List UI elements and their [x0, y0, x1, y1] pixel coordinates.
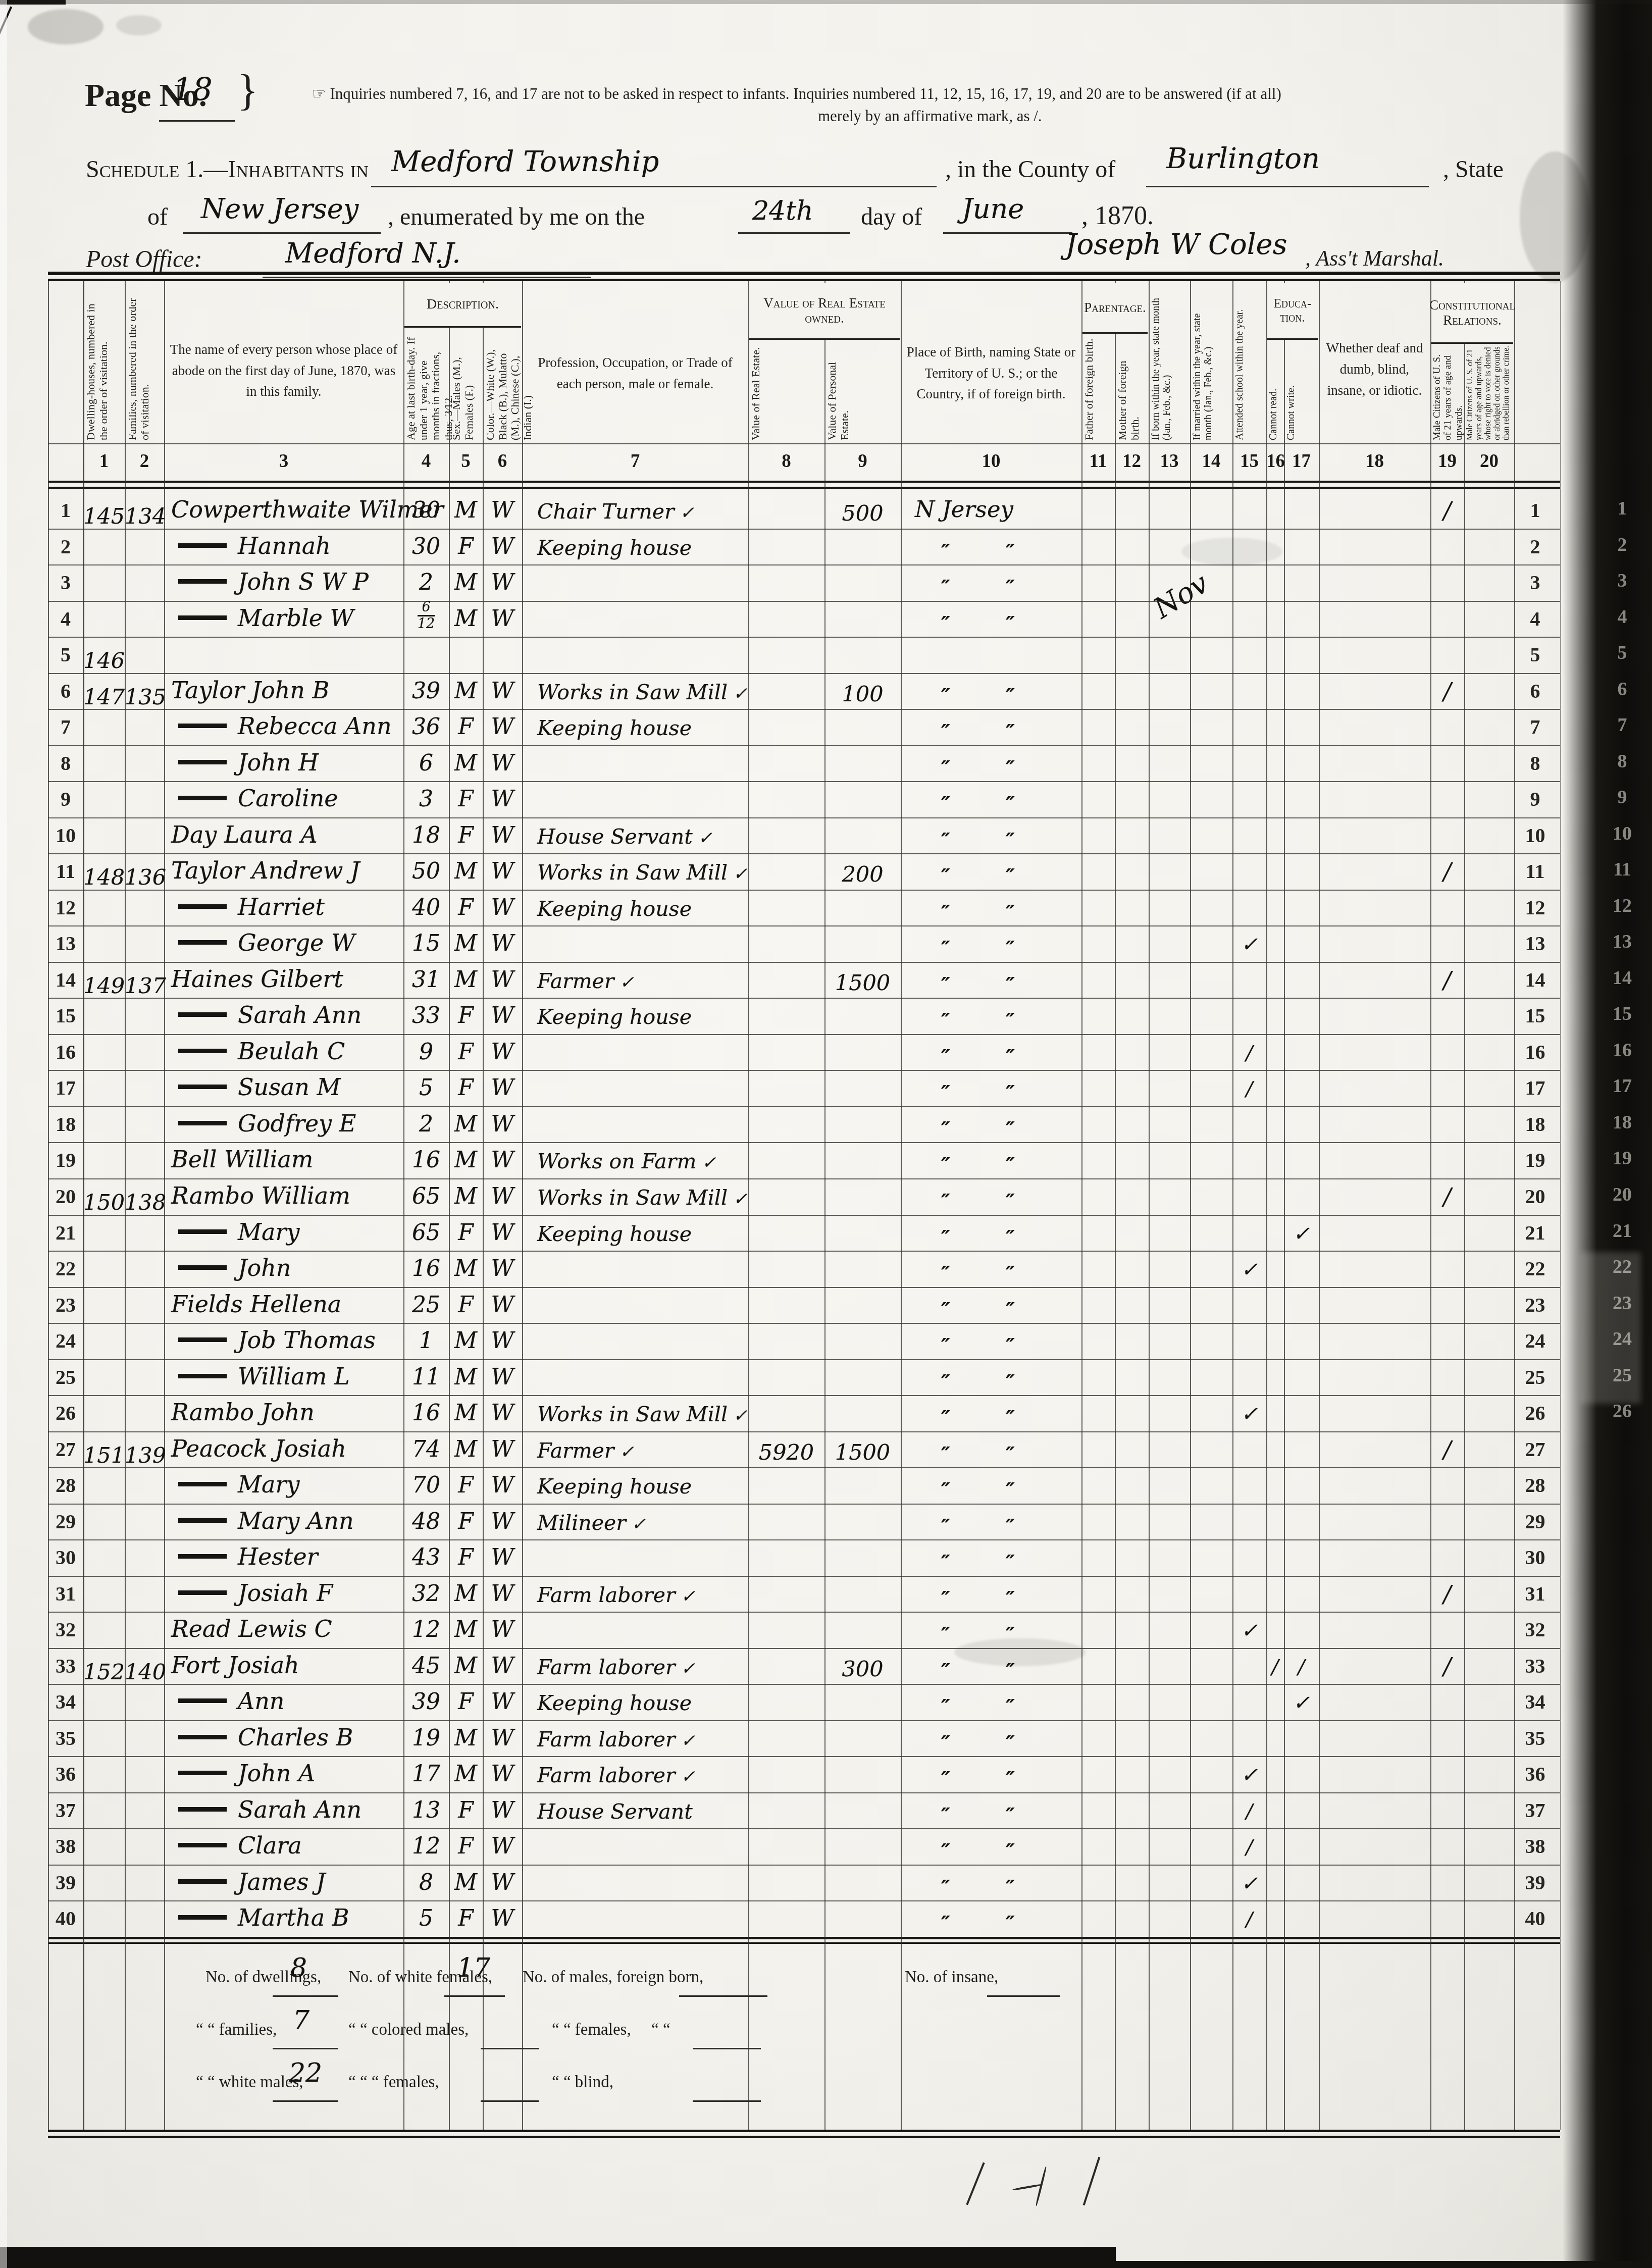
- same-family-dash: [178, 1265, 227, 1270]
- same-family-dash: [178, 1121, 227, 1125]
- row-number-right-9: 9: [1514, 787, 1556, 811]
- footer-underline: [679, 1995, 767, 1997]
- census-scanned-page: Page No. 18 } ☞ Inquiries numbered 7, 16…: [0, 0, 1652, 2268]
- row-31-birthplace-ditto: ″″: [901, 1583, 1081, 1615]
- row-17-age: 5: [403, 1072, 449, 1104]
- ditto-mark: ″: [941, 1767, 950, 1791]
- row-number-left-34: 34: [48, 1690, 83, 1714]
- row-26-name: Rambo John: [164, 1396, 410, 1428]
- column-group-header: Constitutional Relations.: [1431, 283, 1513, 344]
- ditto-mark: ″: [1006, 1045, 1015, 1069]
- same-family-dash: [178, 1049, 227, 1053]
- stray-pen-mark: [966, 2162, 985, 2205]
- row-11-color: W: [483, 855, 522, 888]
- month-underline: [943, 232, 1072, 234]
- row-27-family: 139: [125, 1439, 164, 1472]
- row-14-birthplace-ditto: ″″: [901, 969, 1081, 1001]
- row-19-birthplace-ditto: ″″: [901, 1149, 1081, 1181]
- row-11-personal-estate: 200: [824, 858, 901, 891]
- row-23-birthplace-ditto: ″″: [901, 1294, 1081, 1326]
- top-edge-shadow: [0, 0, 1652, 4]
- row-31-age: 32: [403, 1578, 449, 1610]
- row-39-birthplace-ditto: ″″: [901, 1872, 1081, 1904]
- row-11-birthplace-ditto: ″″: [901, 860, 1081, 893]
- row-number-right-8: 8: [1514, 751, 1556, 775]
- row-14-dwelling: 149: [83, 970, 125, 1002]
- footer-families-value: 7: [293, 2005, 309, 2036]
- post-office-value: Medford N.J.: [285, 237, 460, 269]
- row-31-name: Josiah F: [164, 1577, 410, 1609]
- row-38-color: W: [483, 1830, 522, 1863]
- row-11-sex: M: [449, 855, 483, 888]
- row-21-name: Mary: [164, 1216, 410, 1248]
- row-18-color: W: [483, 1108, 522, 1141]
- row-10-name: Day Laura A: [164, 818, 410, 851]
- row-15-age: 33: [403, 1000, 449, 1032]
- adjacent-page-row-number: 4: [1605, 606, 1640, 628]
- column-number-14: 14: [1190, 450, 1232, 472]
- row-number-left-4: 4: [48, 607, 83, 631]
- ditto-mark: ″: [941, 1803, 950, 1827]
- adjacent-page-row-number: 22: [1605, 1256, 1640, 1278]
- row-39-name: James J: [164, 1866, 410, 1898]
- row-34-occupation: Keeping house: [522, 1687, 763, 1719]
- row-37-sex: F: [449, 1794, 483, 1827]
- row-number-left-24: 24: [48, 1329, 83, 1353]
- footer-underline: [693, 2100, 761, 2102]
- row-8-age: 6: [403, 747, 449, 780]
- ditto-mark: ″: [941, 864, 950, 888]
- row-37-occupation: House Servant: [522, 1795, 763, 1828]
- row-14-male-citizen-mark: /: [1430, 964, 1464, 996]
- age-fraction: 612: [418, 601, 435, 630]
- row-34-name: Ann: [164, 1685, 410, 1717]
- same-family-dash: [178, 1374, 227, 1378]
- same-family-dash: [178, 1229, 227, 1234]
- row-14-occupation: Farmer ✓: [522, 965, 763, 997]
- row-number-right-10: 10: [1514, 823, 1556, 847]
- row-38-birthplace-ditto: ″″: [901, 1835, 1081, 1868]
- heavy-rule: [48, 279, 1560, 281]
- binding-edge-right: [1563, 0, 1652, 2268]
- occupation-tally-check: ✓: [676, 1731, 695, 1751]
- row-28-occupation: Keeping house: [522, 1470, 763, 1503]
- adjacent-page-row-number: 12: [1605, 895, 1640, 917]
- row-40-attended-school-mark: /: [1232, 1903, 1266, 1936]
- ditto-mark: ″: [1006, 1587, 1015, 1611]
- row-39-sex: M: [449, 1867, 483, 1899]
- row-7-sex: F: [449, 711, 483, 743]
- row-number-right-15: 15: [1514, 1004, 1556, 1027]
- scan-smudge: [28, 9, 104, 44]
- column-number-4: 4: [403, 450, 449, 472]
- row-33-family: 140: [125, 1656, 164, 1688]
- left-edge-light: [0, 0, 7, 2268]
- row-14-personal-estate: 1500: [824, 967, 901, 999]
- row-32-name: Read Lewis C: [164, 1613, 410, 1645]
- row-2-sex: F: [449, 531, 483, 563]
- row-number-right-35: 35: [1514, 1726, 1556, 1750]
- row-16-attended-school-mark: /: [1232, 1037, 1266, 1069]
- row-number-right-3: 3: [1514, 571, 1556, 594]
- row-28-name: Mary: [164, 1468, 410, 1501]
- row-number-right-24: 24: [1514, 1329, 1556, 1353]
- row-27-sex: M: [449, 1433, 483, 1466]
- row-8-name: John H: [164, 746, 410, 779]
- ditto-mark: ″: [941, 973, 950, 997]
- row-25-sex: M: [449, 1361, 483, 1394]
- ditto-mark: ″: [1006, 1370, 1015, 1394]
- ditto-mark: ″: [1006, 864, 1015, 888]
- ditto-mark: ″: [941, 540, 950, 563]
- row-36-color: W: [483, 1758, 522, 1790]
- row-19-occupation: Works on Farm ✓: [522, 1145, 763, 1177]
- row-14-name: Haines Gilbert: [164, 963, 410, 995]
- row-38-attended-school-mark: /: [1232, 1831, 1266, 1864]
- ditto-mark: ″: [941, 1659, 950, 1683]
- adjacent-page-row-number: 7: [1605, 714, 1640, 736]
- column-header-18: Whether deaf and dumb, blind, insane, or…: [1324, 309, 1425, 430]
- same-family-dash: [178, 904, 227, 909]
- row-25-birthplace-ditto: ″″: [901, 1366, 1081, 1399]
- column-group-header: Value of Real Estate owned.: [749, 283, 900, 340]
- row-number-right-27: 27: [1514, 1437, 1556, 1461]
- row-6-age: 39: [403, 675, 449, 707]
- row-14-family: 137: [125, 970, 164, 1002]
- row-3-name: John S W P: [164, 565, 410, 598]
- column-number-1: 1: [83, 450, 125, 472]
- row-33-male-citizen-mark: /: [1430, 1650, 1464, 1682]
- row-13-sex: M: [449, 927, 483, 960]
- row-17-attended-school-mark: /: [1232, 1073, 1266, 1105]
- adjacent-page-row-number: 1: [1605, 497, 1640, 520]
- row-30-sex: F: [449, 1541, 483, 1574]
- row-29-age: 48: [403, 1506, 449, 1538]
- same-family-dash: [178, 1879, 227, 1884]
- adjacent-page-row-number: 9: [1605, 786, 1640, 808]
- row-26-attended-school-mark: ✓: [1232, 1398, 1266, 1430]
- row-36-birthplace-ditto: ″″: [901, 1763, 1081, 1795]
- ditto-mark: ″: [941, 1334, 950, 1358]
- row-15-birthplace-ditto: ″″: [901, 1005, 1081, 1037]
- ditto-mark: ″: [1006, 1551, 1015, 1574]
- row-39-age: 8: [403, 1867, 449, 1899]
- row-number-left-12: 12: [48, 896, 83, 919]
- row-26-birthplace-ditto: ″″: [901, 1402, 1081, 1434]
- row-number-left-6: 6: [48, 679, 83, 703]
- row-36-name: John A: [164, 1757, 410, 1789]
- row-10-birthplace-ditto: ″″: [901, 824, 1081, 857]
- row-12-name: Harriet: [164, 891, 410, 923]
- day-of-label: day of: [861, 203, 922, 231]
- row-3-birthplace-ditto: ″″: [901, 572, 1081, 604]
- column-header-14: If married within the year, state month …: [1192, 289, 1231, 440]
- row-35-color: W: [483, 1722, 522, 1755]
- row-15-occupation: Keeping house: [522, 1001, 763, 1033]
- row-number-right-29: 29: [1514, 1510, 1556, 1533]
- ditto-mark: ″: [1006, 1117, 1015, 1141]
- row-35-sex: M: [449, 1722, 483, 1755]
- row-12-sex: F: [449, 892, 483, 924]
- row-number-left-33: 33: [48, 1654, 83, 1678]
- row-16-color: W: [483, 1036, 522, 1068]
- ditto-mark: ″: [1006, 1912, 1015, 1935]
- footer-white-males-value: 22: [289, 2058, 322, 2088]
- row-19-name: Bell William: [164, 1143, 410, 1175]
- occupation-tally-check: ✓: [676, 1586, 695, 1607]
- row-39-color: W: [483, 1867, 522, 1899]
- column-rule: [1149, 281, 1150, 2130]
- adjacent-page-row-number: 8: [1605, 750, 1640, 772]
- row-12-color: W: [483, 892, 522, 924]
- same-family-dash: [178, 1843, 227, 1847]
- row-37-color: W: [483, 1794, 522, 1827]
- column-number-10: 10: [901, 450, 1081, 472]
- ditto-mark: ″: [1006, 1226, 1015, 1250]
- column-rule: [824, 281, 825, 2130]
- state-underline: [183, 232, 381, 234]
- row-number-right-39: 39: [1514, 1871, 1556, 1894]
- row-number-left-22: 22: [48, 1257, 83, 1280]
- occupation-tally-check: ✓: [728, 684, 747, 704]
- footer-underline: [444, 1995, 505, 1997]
- row-20-dwelling: 150: [83, 1187, 125, 1219]
- adjacent-page-row-number: 6: [1605, 678, 1640, 700]
- row-9-age: 3: [403, 783, 449, 815]
- row-11-dwelling: 148: [83, 861, 125, 894]
- row-20-male-citizen-mark: /: [1430, 1180, 1464, 1213]
- inquiries-note-line1: ☞ Inquiries numbered 7, 16, and 17 are n…: [312, 85, 1473, 103]
- footer-underline: [273, 2048, 338, 2049]
- row-number-right-32: 32: [1514, 1618, 1556, 1641]
- column-group-header: Educa-tion.: [1267, 283, 1318, 340]
- row-23-name: Fields Hellena: [164, 1288, 410, 1320]
- row-17-birthplace-ditto: ″″: [901, 1077, 1081, 1109]
- row-6-birthplace-ditto: ″″: [901, 680, 1081, 712]
- ditto-mark: ″: [1006, 901, 1015, 924]
- row-10-occupation: House Servant ✓: [522, 820, 763, 853]
- row-34-color: W: [483, 1686, 522, 1718]
- ditto-mark: ″: [1006, 1803, 1015, 1827]
- row-number-right-4: 4: [1514, 607, 1556, 631]
- row-number-right-18: 18: [1514, 1112, 1556, 1136]
- row-36-sex: M: [449, 1758, 483, 1790]
- adjacent-page-row-number: 16: [1605, 1039, 1640, 1061]
- row-27-age: 74: [403, 1433, 449, 1466]
- adjacent-page-row-number: 10: [1605, 822, 1640, 845]
- footer-white-males-label: “ “ white males,: [196, 2073, 303, 2092]
- row-35-name: Charles B: [164, 1721, 410, 1754]
- column-number-18: 18: [1319, 450, 1430, 472]
- row-24-color: W: [483, 1325, 522, 1357]
- row-number-left-26: 26: [48, 1401, 83, 1425]
- row-27-dwelling: 151: [83, 1439, 125, 1472]
- row-1-occupation: Chair Turner ✓: [522, 495, 763, 528]
- row-14-sex: M: [449, 964, 483, 996]
- row-25-age: 11: [403, 1361, 449, 1394]
- ditto-mark: ″: [941, 792, 950, 816]
- row-20-occupation: Works in Saw Mill ✓: [522, 1181, 763, 1214]
- ditto-mark: ″: [941, 756, 950, 780]
- ditto-mark: ″: [941, 1190, 950, 1213]
- row-4-color: W: [483, 603, 522, 635]
- row-number-right-19: 19: [1514, 1148, 1556, 1172]
- column-number-20: 20: [1464, 450, 1514, 472]
- row-21-cannot-write-mark: ✓: [1284, 1218, 1319, 1250]
- row-24-name: Job Thomas: [164, 1324, 410, 1356]
- occupation-tally-check: ✓: [728, 1406, 747, 1426]
- row-34-sex: F: [449, 1686, 483, 1718]
- row-7-color: W: [483, 711, 522, 743]
- row-18-name: Godfrey E: [164, 1107, 410, 1140]
- row-3-sex: M: [449, 566, 483, 599]
- ditto-mark: ″: [1006, 1262, 1015, 1285]
- column-header-9: Value of Personal Estate.: [826, 341, 899, 440]
- page-no-value: 18: [173, 71, 213, 108]
- row-33-color: W: [483, 1650, 522, 1682]
- row-22-name: John: [164, 1252, 410, 1284]
- schedule-place-underline: [371, 186, 937, 187]
- row-20-family: 138: [125, 1187, 164, 1219]
- row-12-birthplace-ditto: ″″: [901, 897, 1081, 929]
- adjacent-page-row-number: 14: [1605, 967, 1640, 989]
- column-number-8: 8: [748, 450, 824, 472]
- ditto-mark: ″: [1006, 1334, 1015, 1358]
- ditto-mark: ″: [941, 1117, 950, 1141]
- row-number-left-27: 27: [48, 1437, 83, 1461]
- row-24-birthplace-ditto: ″″: [901, 1330, 1081, 1362]
- row-22-attended-school-mark: ✓: [1232, 1254, 1266, 1286]
- row-28-age: 70: [403, 1469, 449, 1502]
- footer-underline: [693, 2048, 761, 2049]
- row-4-birthplace-ditto: ″″: [901, 608, 1081, 640]
- row-2-name: Hannah: [164, 530, 410, 562]
- column-header-16: Cannot read.: [1268, 341, 1282, 440]
- row-33-occupation: Farm laborer ✓: [522, 1651, 763, 1683]
- row-8-color: W: [483, 747, 522, 780]
- footer-families-label: “ “ families,: [196, 2021, 277, 2039]
- day-underline: [738, 232, 850, 234]
- ditto-mark: ″: [941, 937, 950, 960]
- adjacent-page-row-number: 2: [1605, 534, 1640, 556]
- adjacent-page-row-number: 24: [1605, 1328, 1640, 1350]
- footer-males-foreign-label: No. of males, foreign born,: [523, 1968, 703, 1987]
- row-number-left-39: 39: [48, 1871, 83, 1894]
- row-2-color: W: [483, 531, 522, 563]
- post-office-underline: [263, 277, 591, 278]
- heavy-rule: [48, 487, 1560, 489]
- ditto-mark: ″: [941, 1009, 950, 1033]
- row-35-occupation: Farm laborer ✓: [522, 1723, 763, 1756]
- stray-pen-mark: [1083, 2157, 1101, 2205]
- same-family-dash: [178, 1807, 227, 1812]
- ditto-mark: ″: [941, 1551, 950, 1574]
- schedule-place-value: Medford Township: [391, 145, 659, 178]
- column-number-2: 2: [125, 450, 164, 472]
- same-family-dash: [178, 1915, 227, 1920]
- column-number-11: 11: [1081, 450, 1115, 472]
- row-30-color: W: [483, 1541, 522, 1574]
- bottom-edge-line: [0, 2261, 1652, 2268]
- ditto-mark: ″: [941, 829, 950, 852]
- row-12-occupation: Keeping house: [522, 893, 763, 925]
- row-number-left-23: 23: [48, 1293, 83, 1317]
- ditto-mark: ″: [941, 720, 950, 744]
- ditto-mark: ″: [941, 1478, 950, 1502]
- row-15-name: Sarah Ann: [164, 999, 410, 1031]
- row-10-color: W: [483, 819, 522, 852]
- row-2-occupation: Keeping house: [522, 532, 763, 564]
- row-18-age: 2: [403, 1108, 449, 1141]
- ditto-mark: ″: [941, 612, 950, 636]
- row-35-age: 19: [403, 1722, 449, 1755]
- row-29-sex: F: [449, 1506, 483, 1538]
- of-label: of: [147, 203, 168, 231]
- ditto-mark: ″: [1006, 720, 1015, 744]
- ditto-mark: ″: [1006, 1406, 1015, 1430]
- row-31-occupation: Farm laborer ✓: [522, 1579, 763, 1611]
- column-header-19: Male Citizens of U. S. of 21 years of ag…: [1432, 345, 1463, 440]
- row-29-name: Mary Ann: [164, 1505, 410, 1537]
- ditto-mark: ″: [941, 1153, 950, 1177]
- ditto-mark: ″: [941, 576, 950, 599]
- stray-pen-mark: [1012, 2184, 1043, 2191]
- row-18-sex: M: [449, 1108, 483, 1141]
- column-header-13: If born within the year, state month (Ja…: [1150, 289, 1189, 440]
- row-33-cannot-write-mark: /: [1284, 1651, 1319, 1683]
- row-34-cannot-write-mark: ✓: [1284, 1687, 1319, 1719]
- ditto-mark: ″: [1006, 1153, 1015, 1177]
- row-number-right-22: 22: [1514, 1257, 1556, 1280]
- same-family-dash: [178, 760, 227, 764]
- ditto-mark: ″: [941, 1045, 950, 1069]
- row-19-sex: M: [449, 1144, 483, 1176]
- ditto-mark: ″: [1006, 792, 1015, 816]
- footer-underline: [481, 2100, 539, 2102]
- column-group-header: Parentage.: [1082, 283, 1148, 334]
- column-header-8: Value of Real Estate.: [750, 341, 823, 440]
- row-5-dwelling: 146: [83, 645, 125, 677]
- row-17-sex: F: [449, 1072, 483, 1104]
- post-office-label: Post Office:: [86, 245, 202, 273]
- adjacent-page-row-number: 5: [1605, 642, 1640, 664]
- ditto-mark: ″: [941, 1623, 950, 1646]
- row-number-left-37: 37: [48, 1798, 83, 1822]
- row-35-birthplace-ditto: ″″: [901, 1727, 1081, 1760]
- row-6-sex: M: [449, 675, 483, 707]
- scan-smudge: [1181, 538, 1282, 565]
- row-32-age: 12: [403, 1614, 449, 1646]
- row-number-right-7: 7: [1514, 715, 1556, 739]
- adjacent-page-row-number: 25: [1605, 1364, 1640, 1386]
- ditto-mark: ″: [1006, 1515, 1015, 1538]
- same-family-dash: [178, 543, 227, 548]
- row-number-left-18: 18: [48, 1112, 83, 1136]
- born-month-nov-entry: Nov: [1148, 567, 1214, 626]
- inquiries-note-line2: merely by an affirmative mark, as /.: [818, 107, 1042, 125]
- row-number-left-21: 21: [48, 1221, 83, 1245]
- row-number-left-40: 40: [48, 1906, 83, 1930]
- row-27-birthplace-ditto: ″″: [901, 1438, 1081, 1471]
- row-31-color: W: [483, 1578, 522, 1610]
- row-27-color: W: [483, 1433, 522, 1466]
- ditto-mark: ″: [941, 1442, 950, 1466]
- same-family-dash: [178, 796, 227, 800]
- year-label: , 1870.: [1081, 201, 1154, 231]
- column-number-15: 15: [1232, 450, 1266, 472]
- row-number-right-1: 1: [1514, 498, 1556, 522]
- adjacent-page-row-number: 21: [1605, 1220, 1640, 1242]
